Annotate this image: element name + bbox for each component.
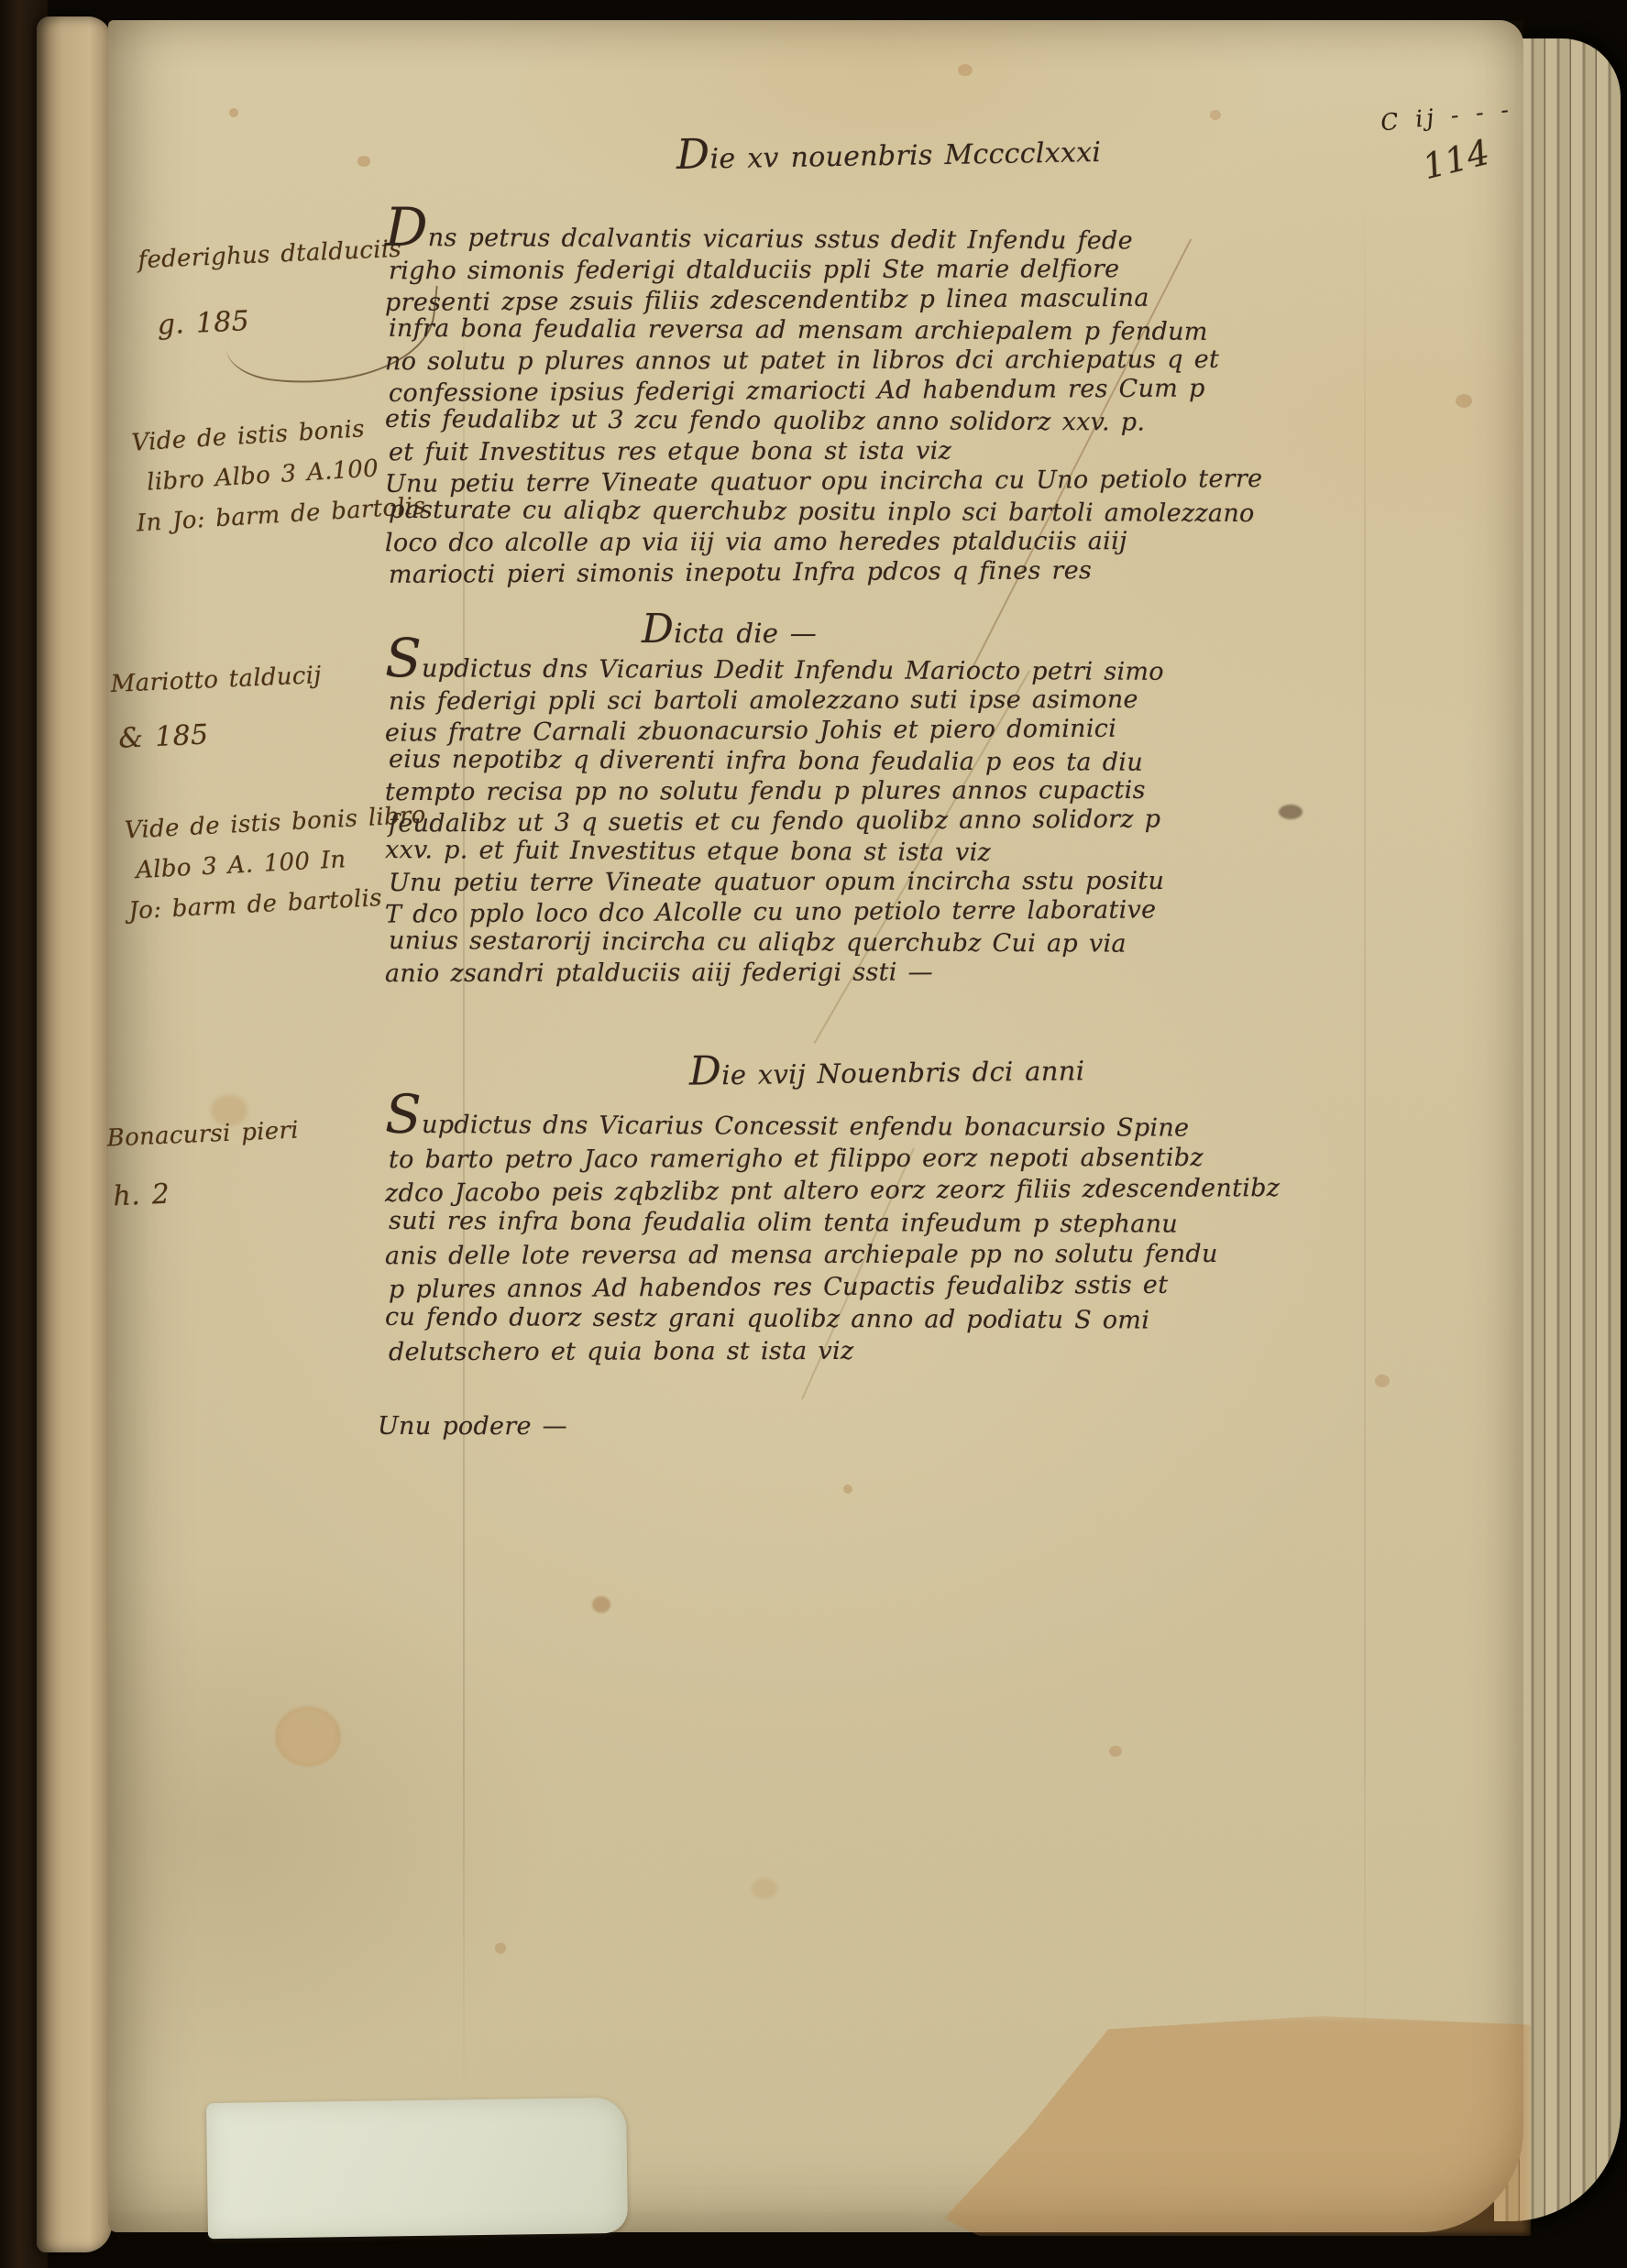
body-line: Unu petiu terre Vineate quatuor opum inc… <box>389 866 1164 898</box>
body-line: tempto recisa pp no solutu fendu p plure… <box>385 775 1164 807</box>
body-line: T dco pplo loco dco Alcolle cu uno petio… <box>385 894 1164 929</box>
body-line: Supdictus dns Vicarius Concessit enfendu… <box>385 1105 1280 1145</box>
body-line: anio zsandri ptalduciis aiij federigi ss… <box>385 957 1164 989</box>
body-line: unius sestarorij incircha cu aliqbz quer… <box>389 926 1164 959</box>
date-heading-2: Die xvij Nouenbris dci anni <box>689 1044 1085 1094</box>
entry-3-body: Supdictus dns Vicarius Concessit enfendu… <box>385 1107 1280 1367</box>
date-heading-1: Die xv nouenbris Mcccclxxxi <box>676 123 1102 179</box>
body-line: feudalibz ut 3 q suetis et cu fendo quol… <box>389 804 1164 838</box>
body-line: no solutu p plures annos ut patet in lib… <box>385 345 1262 378</box>
body-line: loco dco alcolle ap via iij via amo here… <box>385 526 1262 559</box>
body-line: anis delle lote reversa ad mensa archiep… <box>385 1238 1280 1273</box>
scanned-book-page: C ij - - - 114 Die xv nouenbris Mcccclxx… <box>0 0 1627 2268</box>
body-line: et fuit Investitus res etque bona st ist… <box>389 435 1262 467</box>
entry-3-margin-name: Bonacursi pieri h. 2 <box>106 1110 302 1217</box>
body-line: zdco Jacobo peis zqbzlibz pnt altero eor… <box>385 1172 1280 1210</box>
body-line: Dns petrus dcalvantis vicarius sstus ded… <box>385 218 1263 257</box>
body-line: infra bona feudalia reversa ad mensam ar… <box>389 313 1263 347</box>
margin-name-line: Mariotto talducij <box>110 655 323 705</box>
mid-heading-dicta-die: Dicta die — <box>642 607 817 652</box>
closing-line: Unu podere — <box>378 1411 567 1441</box>
body-line: Supdictus dns Vicarius Dedit Infendu Mar… <box>385 649 1164 687</box>
body-line: eius nepotibz q diverenti infra bona feu… <box>389 744 1164 778</box>
margin-name-line: Bonacursi pieri <box>106 1110 300 1158</box>
body-line: etis feudalibz ut 3 zcu fendo quolibz an… <box>385 404 1263 438</box>
body-line: eius fratre Carnali zbuonacursio Johis e… <box>385 713 1164 748</box>
body-line: to barto petro Jaco ramerigho et filippo… <box>389 1142 1280 1177</box>
entry-1-margin-reference: Vide de istis bonis libro Albo 3 A.100 I… <box>130 405 426 543</box>
body-line: xxv. p. et fuit Investitus etque bona st… <box>385 835 1164 869</box>
body-line: pasturate cu aliqbz querchubz positu inp… <box>389 495 1263 529</box>
entry-2-margin-name: Mariotto talducij & 185 <box>110 655 324 760</box>
binding-guard-strip <box>37 16 112 2252</box>
entry-2-body: Supdictus dns Vicarius Dedit Infendu Mar… <box>385 651 1164 988</box>
body-line: confessione ipsius federigi zmariocti Ad… <box>389 373 1263 409</box>
entry-1-margin-name: federighus dtalduciis g. 185 <box>137 229 405 346</box>
body-line: presenti zpse zsuis filiis zdescendentib… <box>385 282 1263 318</box>
entry-1-body: Dns petrus dcalvantis vicarius sstus ded… <box>385 220 1262 587</box>
body-line: Unu petiu terre Vineate quatuor opu inci… <box>385 464 1263 499</box>
body-line: righo simonis federigi dtalduciis ppli S… <box>389 254 1262 286</box>
margin-name-line: h. 2 <box>113 1168 302 1217</box>
body-line: cu fendo duorz sestz grani quolibz anno … <box>385 1301 1280 1337</box>
body-line: suti res infra bona feudalia olim tenta … <box>389 1205 1280 1241</box>
vertical-crease <box>1364 183 1366 2108</box>
body-line: mariocti pieri simonis inepotu Infra pdc… <box>389 554 1263 590</box>
body-line: p plures annos Ad habendos res Cupactis … <box>389 1268 1280 1306</box>
body-line: delutschero et quia bona st ista viz <box>389 1334 1280 1369</box>
body-line: nis federigi ppli sci bartoli amolezzano… <box>389 685 1164 717</box>
